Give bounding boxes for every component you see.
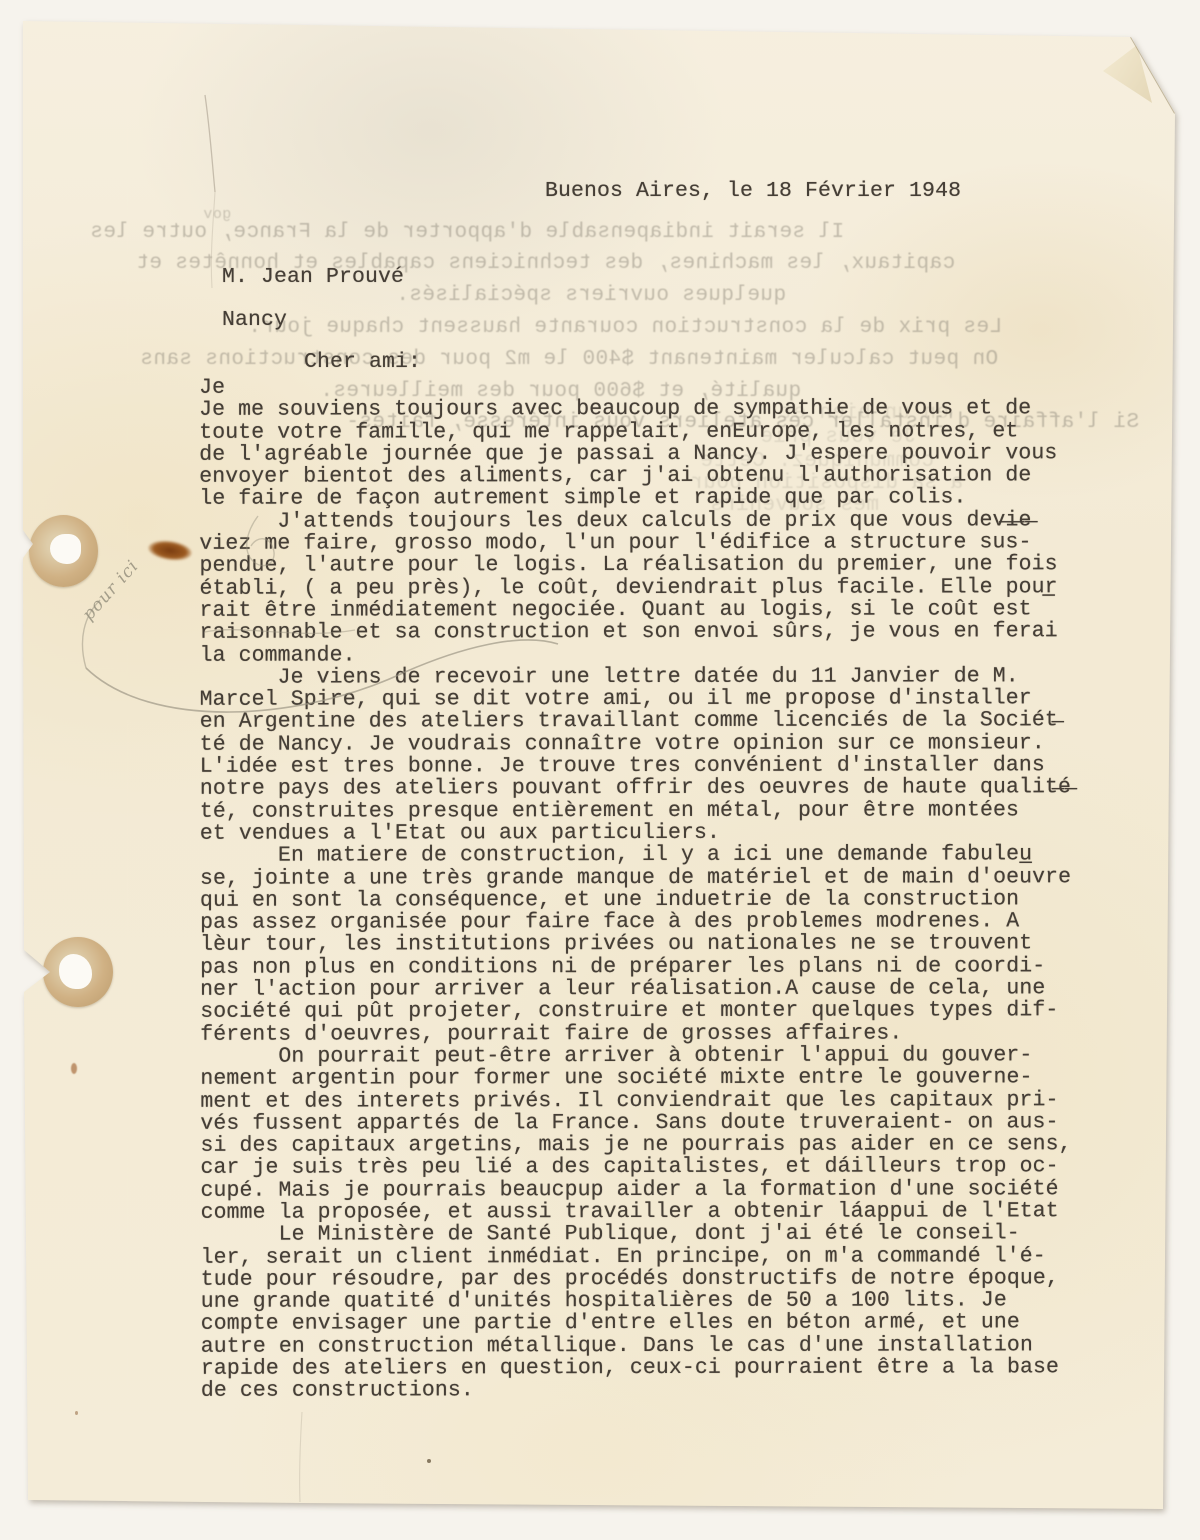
typed-line: la commande. [200,643,1071,667]
punch-hole-bottom [59,954,92,989]
typed-line: comme la proposée, et aussi travailler a… [201,1200,1072,1224]
recipient-name: M. Jean Prouvé [222,265,404,289]
paper-speck [75,1411,78,1415]
typed-line: cupé. Mais je pourrais beaucpup aider a … [201,1178,1072,1202]
punch-hole-ring-top [29,515,98,587]
typed-line: Je viens de recevoir une lettre datée du… [200,665,1071,689]
typed-line: autre en construction métallique. Dans l… [201,1334,1072,1358]
paper-speck [71,1063,77,1074]
scanned-letter: govIl serait indiapensable d'apporter de… [0,0,1200,1540]
typed-line: raisonnable et sa construction et son en… [200,621,1071,645]
typed-line: et vendues a l'Etat ou aux particuliers. [200,821,1071,845]
typed-line: société qui pût projeter, construire et … [200,1000,1071,1024]
typed-line: ler, serait un client inmédiat. En princ… [201,1245,1072,1269]
typed-line: tude pour résoudre, par des procédés don… [201,1267,1072,1291]
typed-line: On pourrait peut-être arriver à obtenir … [200,1044,1071,1068]
typed-text-layer: Buenos Aires, le 18 Février 1948 M. Jean… [0,0,1200,1540]
typed-line: vés fussent appartés de la France. Sans … [200,1111,1071,1135]
typed-line: lèur tour, les institutions privées ou n… [200,933,1071,957]
typed-line: de l'agréable journée que je passai a Na… [199,442,1070,466]
typed-line: Je me souviens toujours avec beaucoup de… [199,398,1070,422]
typed-line: se, jointe a une très grande manque de m… [200,866,1071,890]
typed-line: établi, ( a peu près), le coût, deviendr… [199,576,1070,600]
typed-line: férents d'oeuvres, pourrait faire de gro… [200,1022,1071,1046]
paper-sheet: govIl serait indiapensable d'apporter de… [0,0,1200,1540]
typed-line: de ces constructions. [201,1379,1072,1403]
typed-line: nement argentin pour former une société … [200,1066,1071,1090]
date-line: Buenos Aires, le 18 Février 1948 [545,179,961,203]
typed-line: té, construites presque entièrement en m… [200,799,1071,823]
recipient-city: Nancy [222,308,287,332]
typed-line: qui en sont la conséquence, et une indue… [200,888,1071,912]
typed-line: en Argentine des ateliers travaillant co… [200,710,1071,734]
typed-line: té de Nancy. Je voudrais connaître votre… [200,732,1071,756]
punch-hole-ring-bottom [43,937,113,1007]
typed-line: rapide des ateliers en question, ceux-ci… [201,1356,1072,1380]
paper-speck [427,1459,431,1463]
typed-line: rait être inmédiatement negociée. Quant … [199,598,1070,622]
typed-line: toute votre famille, qui me rappelait, e… [199,420,1070,444]
letter-body: JeJe me souviens toujours avec beaucoup … [199,375,1072,1402]
typed-line: notre pays des ateliers pouvant offrir d… [200,777,1071,801]
typed-line: Le Ministère de Santé Publique, dont j'a… [201,1223,1072,1247]
typed-line: compte envisager une partie d'entre elle… [201,1312,1072,1336]
paper-shadow-wrap: govIl serait indiapensable d'apporter de… [0,0,1200,1540]
typed-line: ment et des interets privés. Il conviend… [200,1089,1071,1113]
typed-line: car je suis très peu lié a des capitalis… [200,1156,1071,1180]
typed-line: pendue, l'autre pour le logis. La réalis… [199,554,1070,578]
typed-line: En matiere de construction, il y a ici u… [200,843,1071,867]
typed-line: le faire de façon autrement simple et ra… [199,487,1070,511]
punch-hole-top [50,534,81,564]
typed-line: J'attends toujours les deux calculs de p… [199,509,1070,533]
salutation: Cher ami: [304,350,421,374]
typed-line: pas non plus en conditions ni de prépare… [200,955,1071,979]
